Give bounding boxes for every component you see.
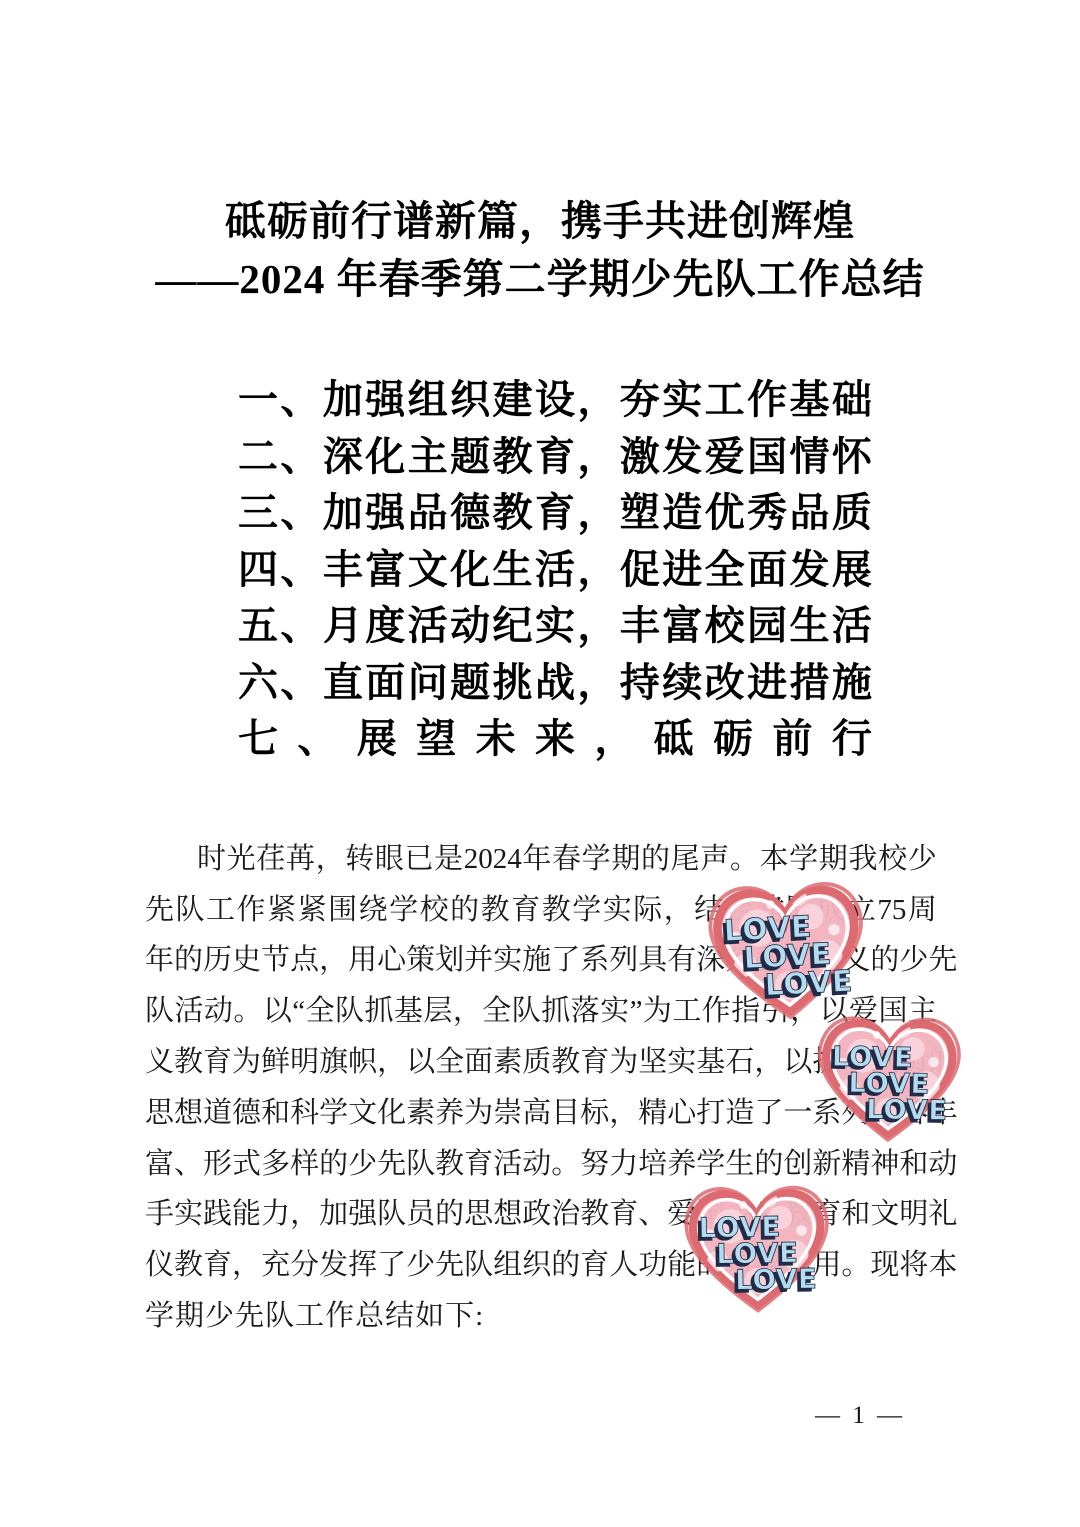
- outline-item: 五、月度活动纪实，丰富校园生活: [238, 598, 872, 655]
- paragraph-line: 学期少先队工作总结如下:: [145, 1291, 937, 1342]
- paragraph-line: 时光荏苒，转眼已是2024年春学期的尾声。本学期我校少: [145, 834, 937, 885]
- paragraph-line: 先队工作紧紧围绕学校的教育教学实际，结合建队成立75周: [145, 885, 937, 936]
- body-paragraph: 时光荏苒，转眼已是2024年春学期的尾声。本学期我校少先队工作紧紧围绕学校的教育…: [145, 834, 937, 1342]
- outline-item: 七、展望未来，砥砺前行: [238, 711, 872, 768]
- document-title-line2: ——2024 年春季第二学期少先队工作总结: [0, 259, 1080, 300]
- outline-item: 三、加强品德教育，塑造优秀品质: [238, 485, 872, 542]
- paragraph-line: 思想道德和科学文化素养为崇高目标，精心打造了一系列内容丰: [145, 1088, 937, 1139]
- paragraph-line: 年的历史节点，用心策划并实施了系列具有深刻教育意义的少先: [145, 936, 937, 987]
- paragraph-line: 富、形式多样的少先队教育活动。努力培养学生的创新精神和动: [145, 1139, 937, 1190]
- paragraph-line: 手实践能力，加强队员的思想政治教育、爱国主义教育和文明礼: [145, 1190, 937, 1241]
- outline-item: 六、直面问题挑战，持续改进措施: [238, 655, 872, 712]
- outline-list: 一、加强组织建设，夯实工作基础二、深化主题教育，激发爱国情怀三、加强品德教育，塑…: [238, 372, 872, 768]
- outline-item: 二、深化主题教育，激发爱国情怀: [238, 429, 872, 486]
- outline-item: 四、丰富文化生活，促进全面发展: [238, 542, 872, 599]
- paragraph-line: 仪教育，充分发挥了少先队组织的育人功能的重要作用。现将本: [145, 1240, 937, 1291]
- outline-item: 一、加强组织建设，夯实工作基础: [238, 372, 872, 429]
- document-page: 砥砺前行谱新篇，携手共进创辉煌 ——2024 年春季第二学期少先队工作总结 一、…: [0, 0, 1080, 1527]
- document-title-line1: 砥砺前行谱新篇，携手共进创辉煌: [0, 201, 1080, 242]
- paragraph-line: 义教育为鲜明旗帜，以全面素质教育为坚实基石，以提高队员的: [145, 1037, 937, 1088]
- paragraph-line: 队活动。以“全队抓基层，全队抓落实”为工作指引，以爱国主: [145, 986, 937, 1037]
- page-number: — 1 —: [815, 1402, 905, 1430]
